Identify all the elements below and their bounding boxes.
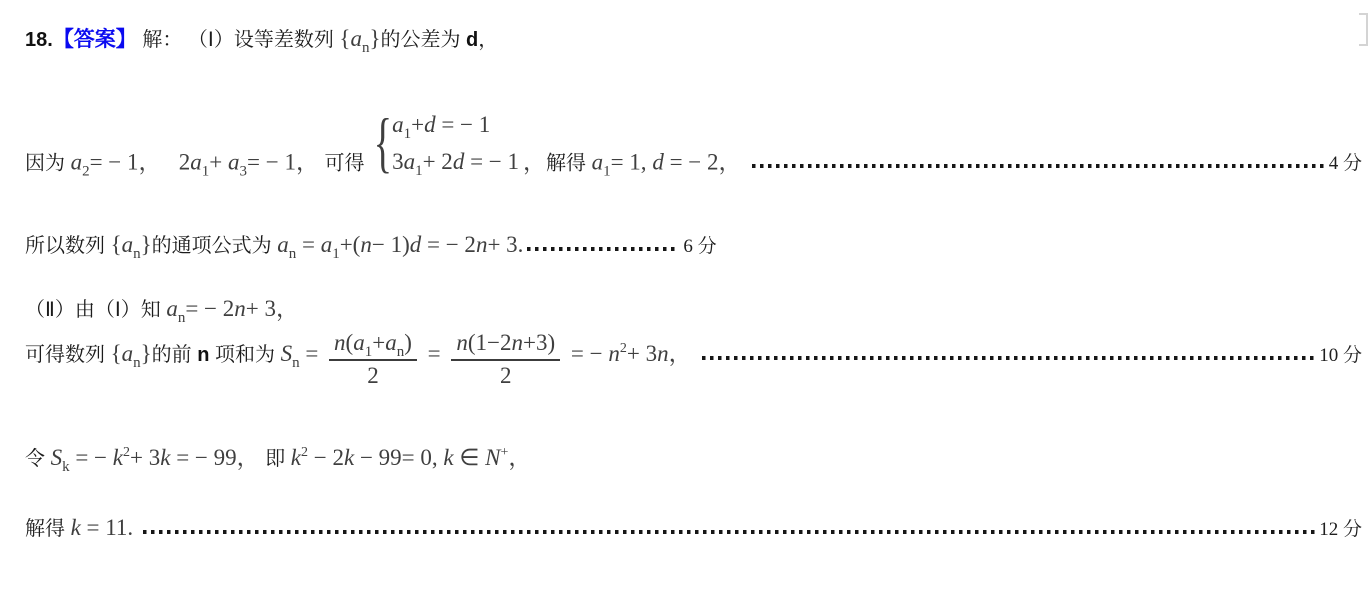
math-text: ， [139, 149, 162, 174]
text-run: （Ⅱ）由（Ⅰ）知 [25, 299, 166, 321]
solution-line-4: （Ⅱ）由（Ⅰ）知 an= − 2n+ 3， [25, 294, 1362, 324]
math-var: N [485, 445, 500, 470]
math-text: ， [523, 149, 546, 174]
math-text: + 3 [130, 445, 160, 470]
math-var: k [443, 445, 453, 470]
math-text: ， [508, 445, 531, 470]
solution-line-7: 解得 k = 11.12 分 [25, 513, 1362, 543]
math-var: n [657, 341, 669, 366]
math-subscript: 1 [332, 246, 340, 262]
score-label: 10 分 [1319, 344, 1362, 369]
left-brace-icon: { [374, 100, 392, 187]
text-run-bold: 18. [25, 29, 53, 51]
math-var: k [113, 445, 123, 470]
math-var: a [321, 232, 333, 257]
math-superscript: 2 [301, 445, 308, 460]
text-run: ， [478, 29, 498, 51]
math-text: + 3 [487, 232, 517, 257]
math-text: = − 99 [170, 445, 236, 470]
math-var: a [190, 149, 202, 174]
math-var: a [277, 232, 289, 257]
text-run: 可得数列 [25, 344, 111, 366]
math-text: ， [719, 149, 742, 174]
score-label: 6 分 [683, 235, 716, 260]
math-var: k [160, 445, 170, 470]
answer-label: 【答案】 [53, 28, 137, 51]
math-var: S [51, 445, 63, 470]
text-run: 令 [25, 448, 51, 470]
equation-system: {a1+d = − 13a1+ 2d = − 1 [374, 106, 519, 181]
math-text: = − 1 [464, 149, 519, 174]
content-run: 因为 a2= − 1， 2a1+ a3= − 1， 可得 {a1+d = − 1… [25, 106, 742, 181]
equation-row: a1+d = − 1 [392, 106, 519, 143]
math-superscript: 2 [123, 445, 130, 460]
math-var: a [166, 296, 178, 321]
math-var: d [424, 112, 436, 137]
math-text: { [339, 26, 350, 51]
math-text: ， [296, 149, 319, 174]
math-var: n [608, 341, 620, 366]
math-text: + [209, 149, 228, 174]
math-subscript: 3 [240, 163, 248, 179]
text-run: 项和为 [209, 344, 280, 366]
math-text: = [296, 232, 320, 257]
math-var: n [512, 330, 524, 355]
text-run: 即 [260, 448, 291, 470]
math-text: = − 2 [421, 232, 476, 257]
text-run: 解： （Ⅰ）设等差数列 [137, 29, 340, 51]
math-var: a [71, 149, 83, 174]
math-text: (1−2 [468, 330, 512, 355]
math-text: } [369, 26, 380, 51]
equation-row: 3a1+ 2d = − 1 [392, 143, 519, 180]
text-run: 因为 [25, 152, 71, 174]
math-var: n [234, 296, 246, 321]
math-text: ， [669, 341, 692, 366]
math-text: + 2 [423, 149, 453, 174]
corner-bracket-mark [1359, 13, 1368, 46]
math-var: d [453, 149, 465, 174]
score-label: 4 分 [1329, 152, 1362, 177]
math-var: k [344, 445, 354, 470]
math-text: + 3 [246, 296, 276, 321]
math-var: n [360, 232, 372, 257]
content-run: 可得数列 {an}的前 n 项和为 Sn = n(a1+an)2 = n(1−2… [25, 328, 692, 391]
math-var: n [476, 232, 488, 257]
math-subscript: 1 [404, 126, 412, 142]
math-subscript: k [62, 459, 70, 475]
math-var: a [404, 149, 416, 174]
fraction: n(1−2n+3)2 [451, 328, 560, 391]
math-text: = − [70, 445, 113, 470]
dots-leader [702, 356, 1316, 360]
math-var: a [592, 149, 604, 174]
math-text: = 11 [81, 515, 128, 540]
dots-leader [752, 164, 1325, 168]
math-text: = 1, [611, 149, 653, 174]
math-text: = [422, 341, 446, 366]
text-run: 的公差为 [380, 29, 466, 51]
math-subscript: 2 [82, 163, 90, 179]
math-text: . [518, 232, 524, 257]
math-text: 2 [500, 363, 512, 388]
math-text: = [300, 341, 324, 366]
fraction: n(a1+an)2 [329, 328, 417, 391]
math-var: n [456, 330, 468, 355]
math-var: a [385, 330, 397, 355]
math-text: { [111, 232, 122, 257]
solution-line-5: 可得数列 {an}的前 n 项和为 Sn = n(a1+an)2 = n(1−2… [25, 328, 1362, 391]
solution-line-3: 所以数列 {an}的通项公式为 an = a1+(n− 1)d = − 2n+ … [25, 230, 1362, 260]
fraction-denominator: 2 [329, 361, 417, 391]
solution-document: 18.【答案】 解： （Ⅰ）设等差数列 {an}的公差为 d，因为 a2= − … [25, 0, 1362, 543]
math-var: S [281, 341, 293, 366]
math-text: } [141, 232, 152, 257]
text-run: 的前 [152, 344, 198, 366]
math-superscript: 2 [620, 341, 627, 356]
solution-line-1: 18.【答案】 解： （Ⅰ）设等差数列 {an}的公差为 d， [25, 24, 1362, 54]
math-var: d [410, 232, 422, 257]
math-var: a [122, 232, 134, 257]
math-text: ， [276, 296, 299, 321]
math-text: + [411, 112, 424, 137]
content-run: （Ⅱ）由（Ⅰ）知 an= − 2n+ 3， [25, 294, 299, 324]
math-text: 2 [162, 149, 191, 174]
text-run: 的通项公式为 [152, 235, 278, 257]
math-text: = − 2 [664, 149, 719, 174]
math-var: k [71, 515, 81, 540]
dots-leader [143, 530, 1315, 534]
math-subscript: n [133, 246, 141, 262]
text-run-bold: d [466, 29, 478, 51]
math-text: ) [404, 330, 412, 355]
text-run-bold: n [197, 344, 209, 366]
fraction-denominator: 2 [451, 361, 560, 391]
solution-line-6: 令 Sk = − k2+ 3k = − 99， 即 k2 − 2k − 99= … [25, 443, 1362, 473]
fraction-numerator: n(a1+an) [329, 328, 417, 361]
text-run: 可得 [319, 152, 370, 174]
math-var: a [392, 112, 404, 137]
score-label: 12 分 [1319, 518, 1362, 543]
solution-line-2: 因为 a2= − 1， 2a1+ a3= − 1， 可得 {a1+d = − 1… [25, 106, 1362, 181]
content-run: 18.【答案】 解： （Ⅰ）设等差数列 {an}的公差为 d， [25, 24, 498, 54]
math-var: d [652, 149, 664, 174]
dots-leader [527, 247, 679, 251]
math-text: . [127, 515, 133, 540]
math-text: − 2 [308, 445, 344, 470]
content-run: 解得 k = 11. [25, 513, 133, 543]
math-text: + 3 [627, 341, 657, 366]
math-text: = − 1 [436, 112, 491, 137]
math-text: ∈ [454, 445, 486, 470]
math-var: a [353, 330, 365, 355]
text-run: 所以数列 [25, 235, 111, 257]
math-text: − 1) [372, 232, 410, 257]
math-text: ， [237, 445, 260, 470]
content-run: 所以数列 {an}的通项公式为 an = a1+(n− 1)d = − 2n+ … [25, 230, 523, 260]
math-var: k [291, 445, 301, 470]
math-text: − 99= 0, [354, 445, 443, 470]
math-text: = − 1 [247, 149, 296, 174]
math-text: 2 [367, 363, 379, 388]
math-subscript: 1 [415, 163, 423, 179]
fraction-numerator: n(1−2n+3) [451, 328, 560, 361]
content-run: 令 Sk = − k2+ 3k = − 99， 即 k2 − 2k − 99= … [25, 443, 531, 473]
math-var: a [122, 341, 134, 366]
text-run: 解得 [25, 518, 71, 540]
math-var: n [334, 330, 346, 355]
math-text: { [111, 341, 122, 366]
math-text: = − 2 [185, 296, 234, 321]
math-text: = − 1 [90, 149, 139, 174]
math-text: + [372, 330, 385, 355]
math-text: 3 [392, 149, 404, 174]
math-subscript: n [292, 355, 300, 371]
math-var: a [228, 149, 240, 174]
math-subscript: n [133, 355, 141, 371]
text-run: 解得 [546, 152, 592, 174]
math-text: +3) [523, 330, 555, 355]
math-text: } [141, 341, 152, 366]
math-var: a [350, 26, 362, 51]
math-subscript: 1 [603, 163, 611, 179]
math-text: +( [340, 232, 361, 257]
math-text: = − [565, 341, 608, 366]
